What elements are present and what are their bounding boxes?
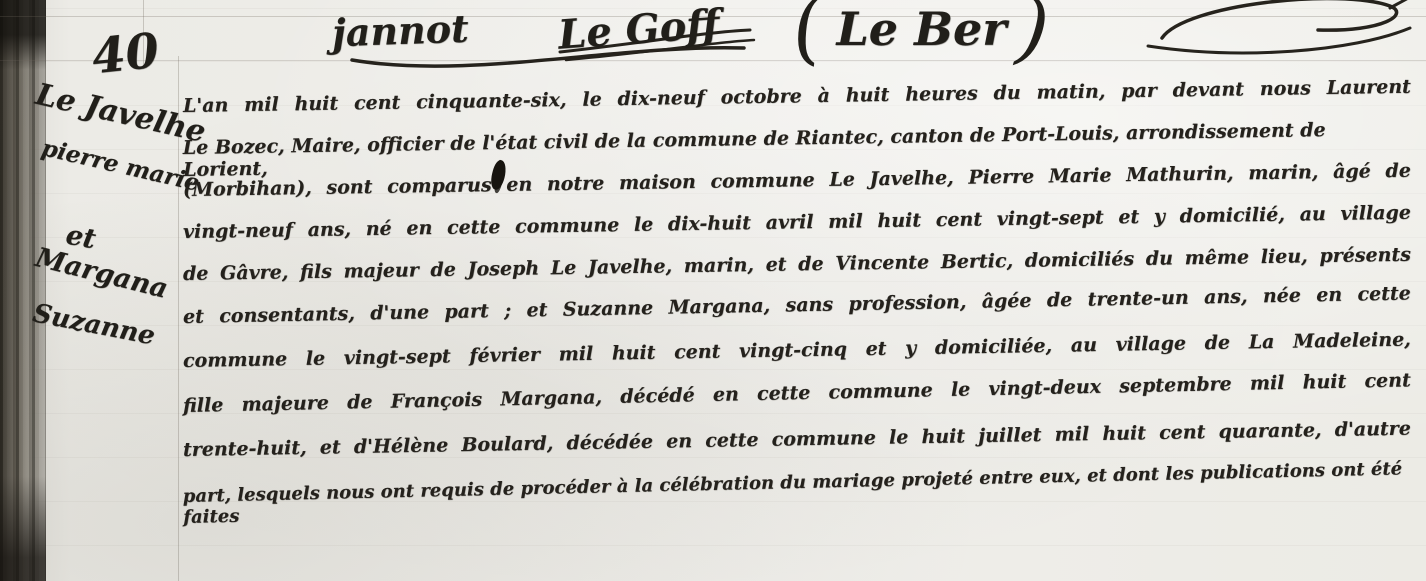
body-line: L'an mil huit cent cinquante-six, le dix…: [183, 76, 1411, 117]
act-body-text: L'an mil huit cent cinquante-six, le dix…: [0, 0, 1426, 581]
body-line: fille majeure de François Margana, décéd…: [183, 369, 1411, 417]
body-line: part, lesquels nous ont requis de procéd…: [183, 458, 1412, 528]
body-line: trente-huit, et d'Hélène Boulard, décédé…: [183, 418, 1411, 461]
scanned-register-page: 40 jannot Le Goff ( Le Ber ) Le Javelhe …: [0, 0, 1426, 581]
body-line: de Gâvre, fils majeur de Joseph Le Javel…: [183, 244, 1411, 285]
body-line: vingt-neuf ans, né en cette commune le d…: [183, 202, 1411, 243]
body-line: et consentants, d'une part ; et Suzanne …: [183, 282, 1411, 328]
body-line: commune le vingt-sept février mil huit c…: [183, 329, 1411, 372]
